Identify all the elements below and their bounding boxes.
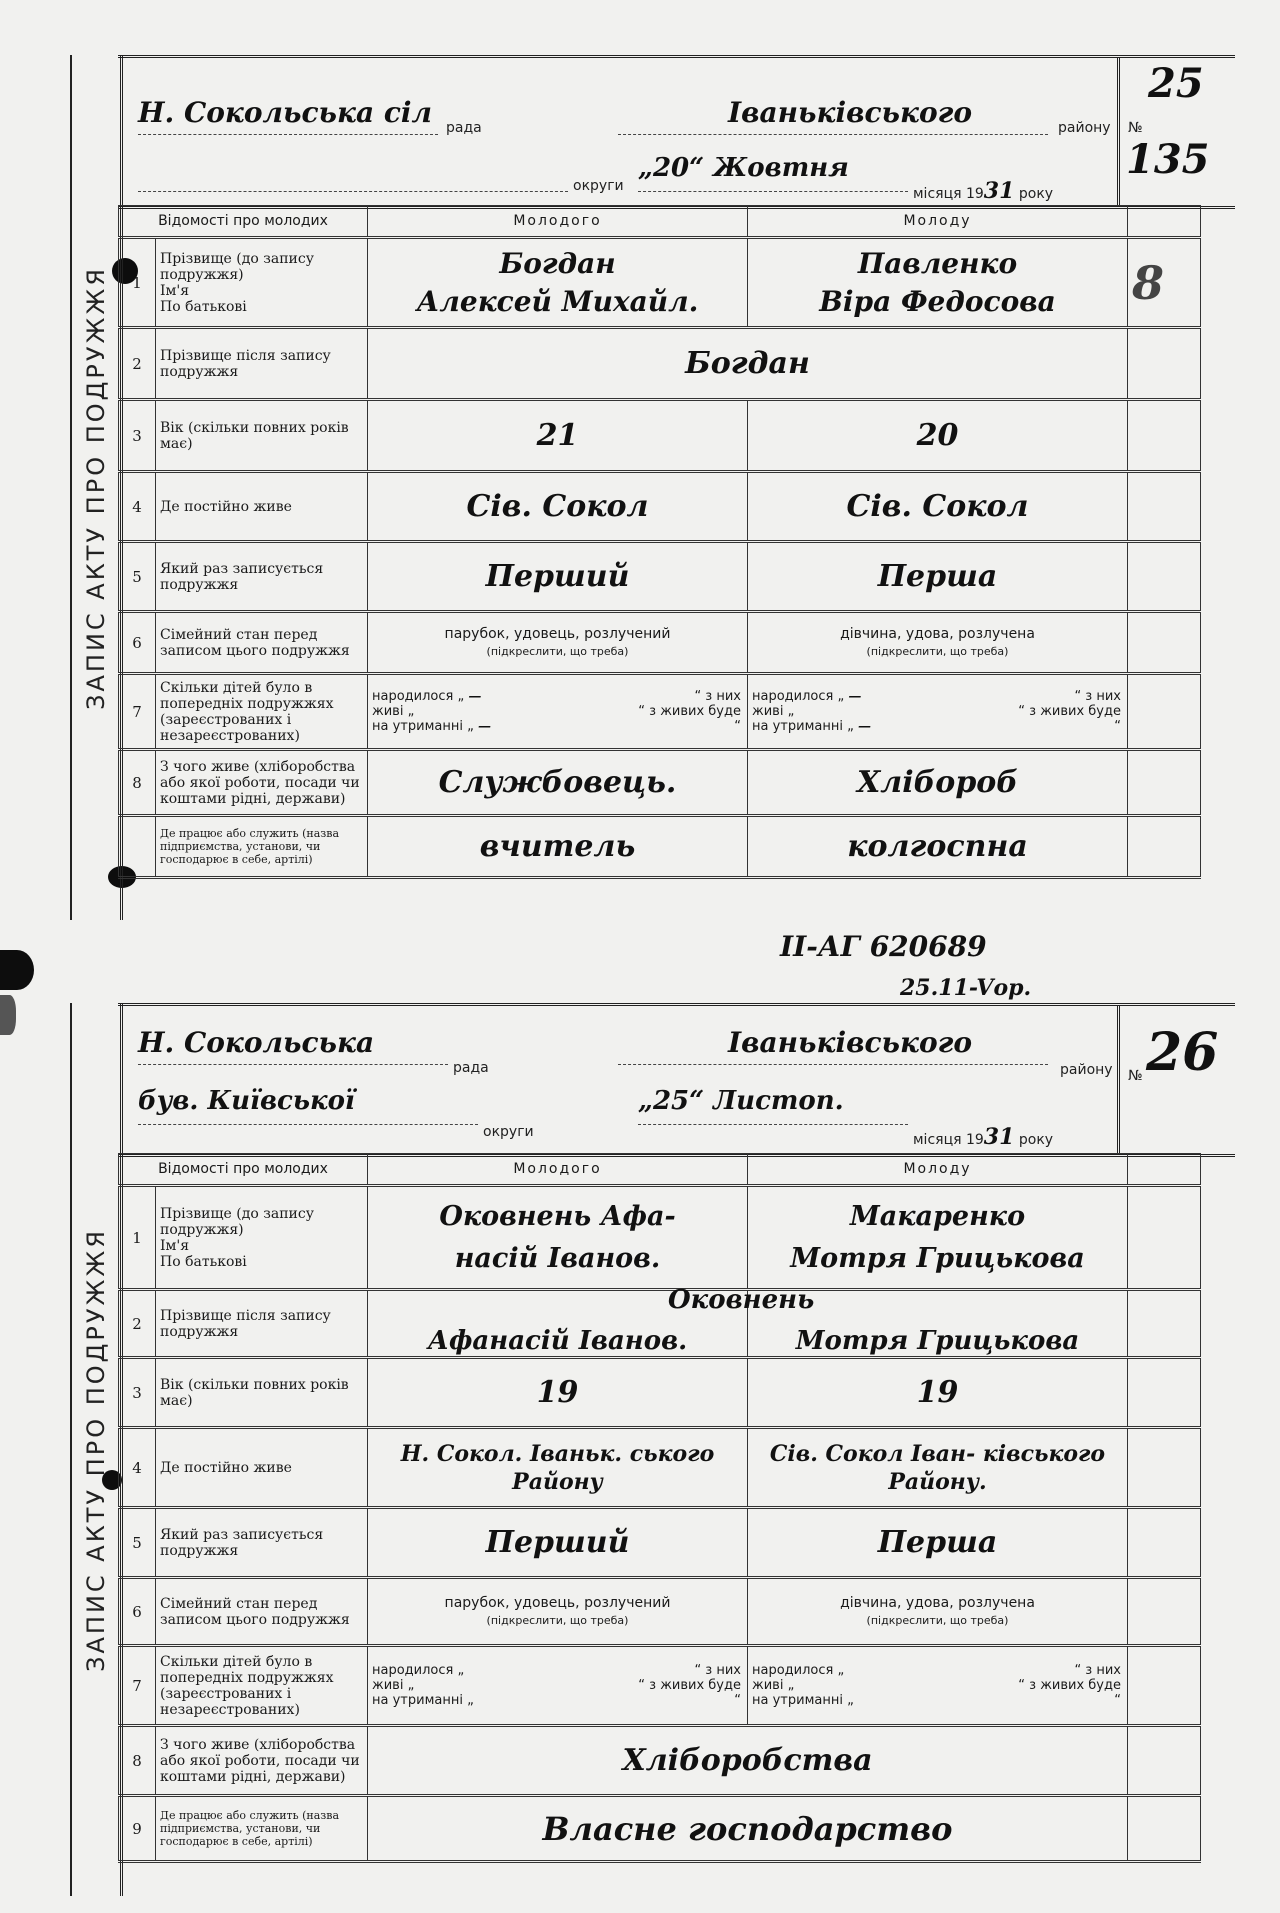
okrug-field: [138, 153, 568, 192]
side-title: ЗАПИС АКТУ ПРО ПОДРУЖЖЯ: [70, 55, 123, 920]
table-row: 4 Де постійно живе Н. Сокол. Іваньк. ськ…: [119, 1428, 1201, 1508]
table-row: 9 Де працює або служить (назва підприємс…: [119, 1796, 1201, 1862]
okrug-label: округи: [483, 1124, 534, 1140]
table-row: 6 Сімейний стан перед записом цього подр…: [119, 612, 1201, 674]
punch-hole: [0, 995, 16, 1035]
table-row: 4 Де постійно живе Сів. Сокол Сів. Сокол: [119, 472, 1201, 542]
okrug-field: був. Київської: [138, 1086, 478, 1125]
column-header-info: Відомості про молодих: [119, 1154, 368, 1186]
table-row: 2 Прізвище після запису подружжя Богдан: [119, 328, 1201, 400]
record-table: Відомості про молодих Молодого Молоду 1 …: [118, 205, 1201, 879]
table-row: 8 З чого живе (хліборобства або якої роб…: [119, 1726, 1201, 1796]
column-header-groom: Молодого: [368, 206, 748, 238]
marriage-record-1: ЗАПИС АКТУ ПРО ПОДРУЖЖЯ Н. Сокольська сі…: [70, 55, 1235, 920]
table-row: 6 Сімейний стан перед записом цього подр…: [119, 1578, 1201, 1646]
column-header-bride: Молоду: [748, 1154, 1128, 1186]
record-header: Н. Сокольська сіл рада Іваньківського ра…: [118, 55, 1235, 209]
table-row: 7 Скільки дітей було в попередніх подруж…: [119, 674, 1201, 750]
raion-field: Іваньківського: [618, 1026, 1048, 1065]
record-header: Н. Сокольська рада Іваньківського району…: [118, 1003, 1235, 1157]
table-row: 5 Який раз записується подружжя Перший П…: [119, 1508, 1201, 1578]
side-title: ЗАПИС АКТУ ПРО ПОДРУЖЖЯ: [70, 1003, 123, 1896]
rada-label: рада: [446, 120, 482, 136]
table-row: 3 Вік (скільки повних років має) 21 20: [119, 400, 1201, 472]
annotation: 25.11-Vор.: [900, 975, 1031, 1001]
table-row: Де працює або служить (назва підприємств…: [119, 816, 1201, 878]
table-row: 1 Прізвище (до запису подружжя) Ім'я По …: [119, 238, 1201, 328]
column-header-groom: Молодого: [368, 1154, 748, 1186]
okrug-label: округи: [573, 178, 624, 194]
table-row: 7 Скільки дітей було в попередніх подруж…: [119, 1646, 1201, 1726]
table-row: 8 З чого живе (хліборобства або якої роб…: [119, 750, 1201, 816]
date-field: „20“ Жовтня: [638, 153, 908, 192]
punch-hole: [0, 950, 34, 990]
year-label: місяця 1931 року: [913, 178, 1053, 204]
raion-label: району: [1058, 120, 1111, 136]
table-row: 3 Вік (скільки повних років має) 19 19: [119, 1358, 1201, 1428]
rada-field: Н. Сокольська: [138, 1026, 448, 1065]
record-number-box: № 26: [1117, 1006, 1235, 1154]
rada-label: рада: [453, 1060, 489, 1076]
raion-label: району: [1060, 1062, 1113, 1078]
rada-field: Н. Сокольська сіл: [138, 96, 438, 135]
record-number-box: 25 № 135: [1117, 58, 1235, 206]
date-field: „25“ Листоп.: [638, 1086, 908, 1125]
table-row: 5 Який раз записується подружжя Перший П…: [119, 542, 1201, 612]
table-row: 1 Прізвище (до запису подружжя) Ім'я По …: [119, 1186, 1201, 1290]
column-header-bride: Молоду: [748, 206, 1128, 238]
table-row: 2 Прізвище після запису подружжя Афанасі…: [119, 1290, 1201, 1358]
raion-field: Іваньківського: [618, 96, 1048, 135]
marriage-record-2: ЗАПИС АКТУ ПРО ПОДРУЖЖЯ Н. Сокольська ра…: [70, 1003, 1235, 1896]
year-label: місяця 1931 року: [913, 1124, 1053, 1150]
column-header-info: Відомості про молодих: [119, 206, 368, 238]
annotation: II-АГ 620689: [780, 930, 987, 963]
record-table: Відомості про молодих Молодого Молоду 1 …: [118, 1153, 1201, 1863]
